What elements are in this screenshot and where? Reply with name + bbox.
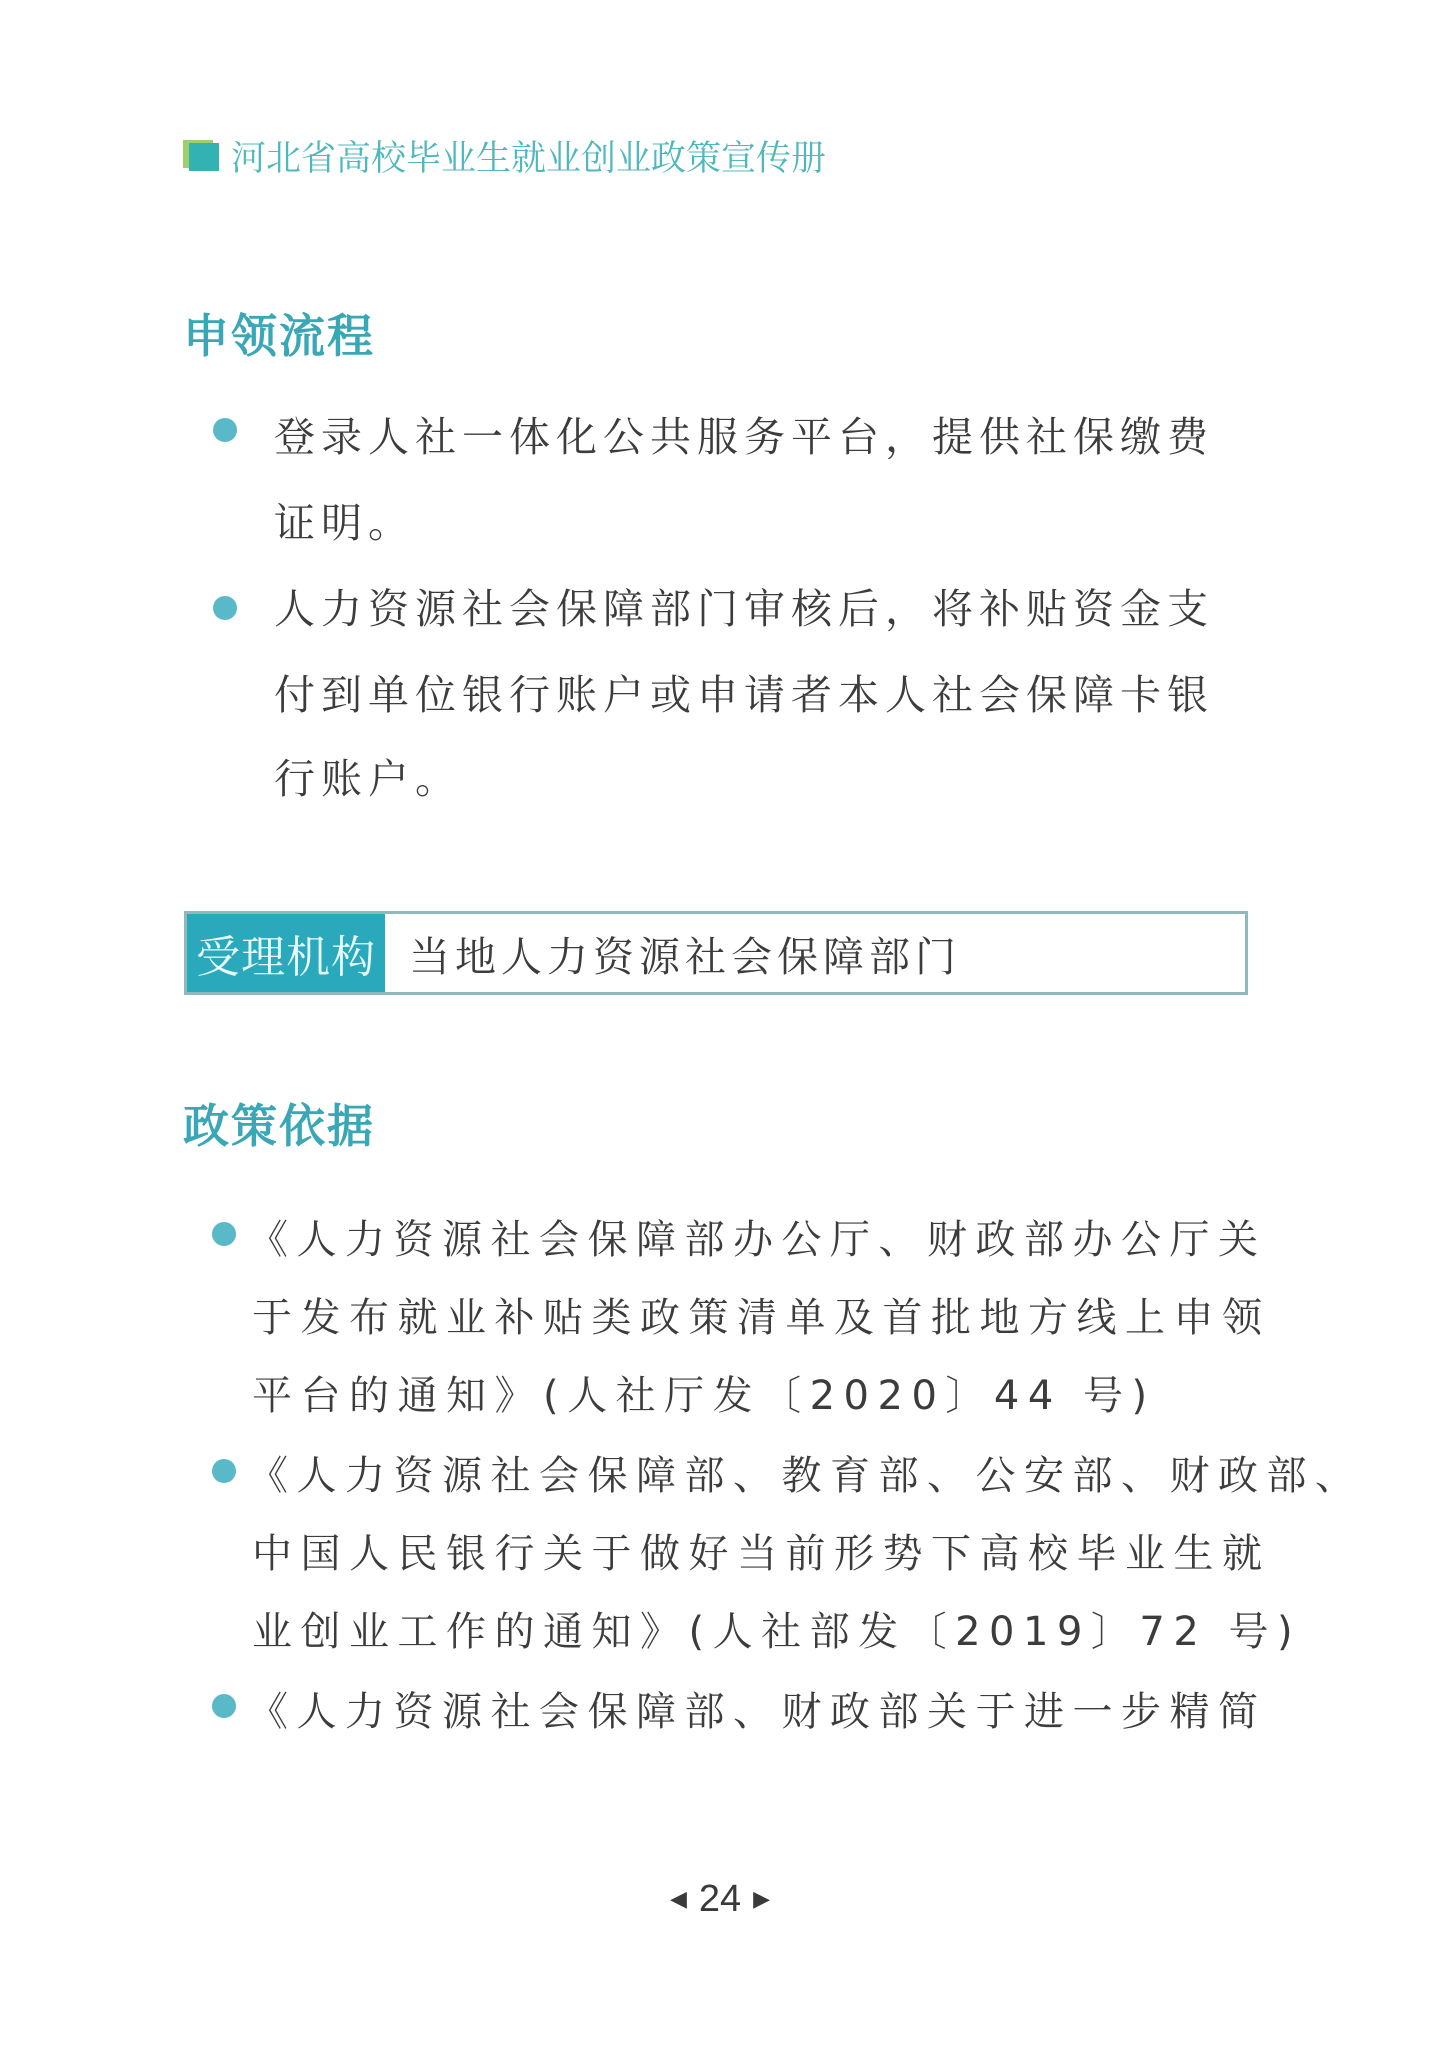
list-item-line: 《人力资源社会保障部、教育部、公安部、财政部、 bbox=[248, 1444, 1364, 1501]
bullet-icon bbox=[212, 1694, 236, 1718]
list-item-line: 于发布就业补贴类政策清单及首批地方线上申领 bbox=[252, 1286, 1271, 1343]
double-square-icon bbox=[183, 140, 221, 172]
list-item-line: 业创业工作的通知》(人社部发〔2019〕72 号) bbox=[252, 1600, 1301, 1657]
bullet-icon bbox=[212, 1222, 236, 1246]
agency-label: 受理机构 bbox=[187, 914, 385, 992]
prev-page-icon[interactable]: ◀ bbox=[670, 1887, 687, 1912]
list-item-line: 人力资源社会保障部门审核后，将补贴资金支 bbox=[274, 576, 1214, 635]
list-item-line: 中国人民银行关于做好当前形势下高校毕业生就 bbox=[252, 1522, 1271, 1579]
page-header: 河北省高校毕业生就业创业政策宣传册 bbox=[183, 136, 826, 176]
list-item-line: 登录人社一体化公共服务平台，提供社保缴费 bbox=[274, 404, 1214, 463]
agency-box: 受理机构 当地人力资源社会保障部门 bbox=[184, 911, 1248, 995]
bullet-icon bbox=[213, 418, 237, 442]
booklet-title: 河北省高校毕业生就业创业政策宣传册 bbox=[231, 131, 826, 181]
list-item-line: 证明。 bbox=[274, 490, 415, 549]
section-title-basis: 政策依据 bbox=[183, 1090, 375, 1156]
list-item-line: 平台的通知》(人社厅发〔2020〕44 号) bbox=[252, 1364, 1156, 1421]
page-number: 24 bbox=[699, 1878, 741, 1921]
bullet-icon bbox=[212, 1459, 236, 1483]
agency-value: 当地人力资源社会保障部门 bbox=[385, 914, 961, 992]
list-item-line: 《人力资源社会保障部办公厅、财政部办公厅关 bbox=[248, 1208, 1267, 1265]
list-item-line: 付到单位银行账户或申请者本人社会保障卡银 bbox=[274, 662, 1214, 721]
list-item-line: 《人力资源社会保障部、财政部关于进一步精简 bbox=[248, 1680, 1267, 1737]
list-item-line: 行账户。 bbox=[274, 746, 462, 805]
next-page-icon[interactable]: ▶ bbox=[753, 1887, 770, 1912]
bullet-icon bbox=[213, 596, 237, 620]
section-title-steps: 申领流程 bbox=[183, 300, 375, 366]
page-pager: ◀ 24 ▶ bbox=[0, 1878, 1440, 1921]
